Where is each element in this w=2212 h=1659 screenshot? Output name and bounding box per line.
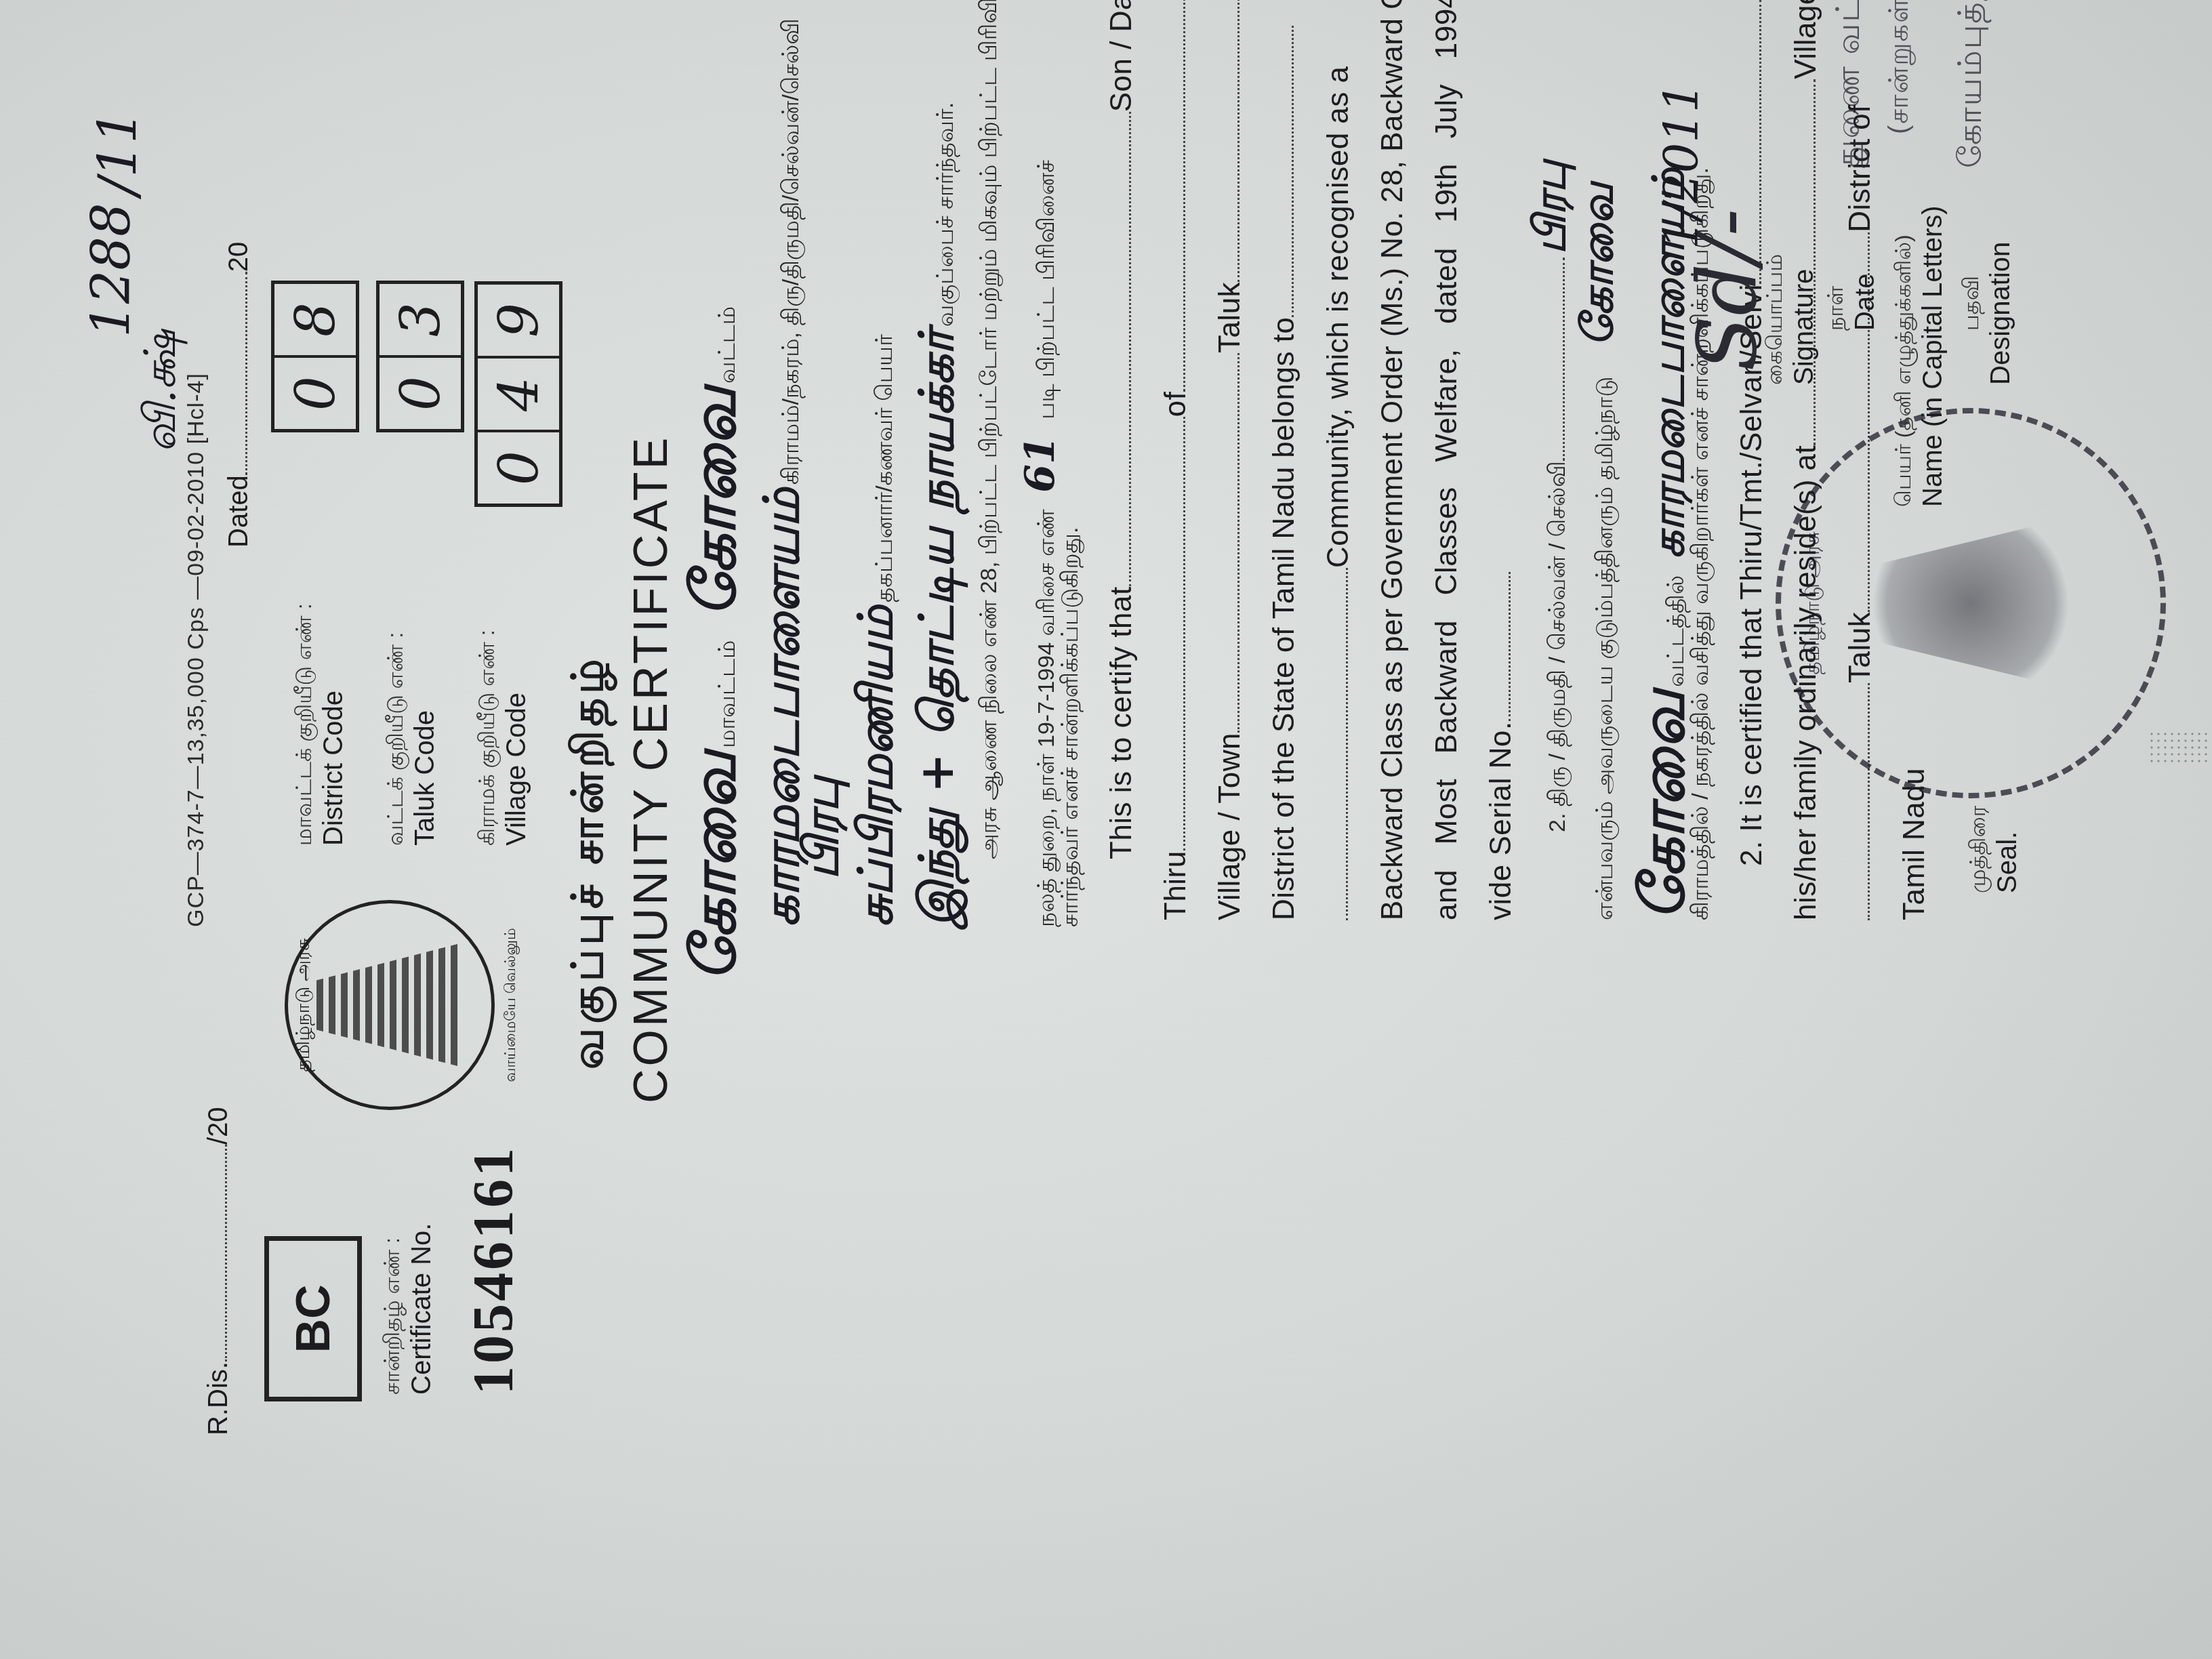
village-code-label: Village Code	[501, 693, 532, 846]
certificate-number: 10546161	[461, 1145, 527, 1395]
signature-date: 1/2011	[1654, 83, 1709, 249]
tamil-line-5: அரசு ஆணை நிலை எண் 28, பிற்பட்ட பிற்பட்டோ…	[976, 0, 1005, 859]
r-dis-field: R.Dis./20	[203, 1107, 234, 1436]
stamp-name-sub: (சான்றுகள்)	[1884, 0, 1918, 134]
certificate-no-label: Certificate No.	[407, 1223, 437, 1395]
tamil-line-7: சார்ந்தவர் எனச் சான்றளிக்கப்படுகிறது.	[1057, 527, 1086, 927]
district-code-label: District Code	[319, 691, 349, 846]
district-line: District of the State of Tamil Nadu belo…	[1267, 26, 1301, 920]
thiru-line: Thiruof	[1159, 0, 1193, 920]
residence-en-line-1: 2. It is certified that Thiru/Tmt./Selva…	[1735, 0, 1769, 866]
village-code-label-ta: கிராமக் குறியீடு எண் :	[474, 630, 502, 846]
category-badge: BC	[264, 1236, 362, 1401]
title-english: COMMUNITY CERTIFICATE	[623, 435, 678, 1103]
seal-label-ta: முத்திரை	[1965, 806, 1993, 893]
handwritten-ref-suffix: /11	[88, 110, 149, 195]
stamp-designation: கோயம்புத்தூர் வடக்கு	[1952, 0, 1993, 168]
state-emblem: தமிழ்நாடு அரசு வாய்மையே வெல்லும்	[285, 900, 495, 1110]
date-label-ta: நாள்	[1823, 286, 1851, 331]
certificate-no-label-ta: சான்றிதழ் எண் :	[380, 1237, 407, 1395]
taluk-code-box: 0 3	[376, 281, 464, 432]
designation-label-ta: பதவி	[1959, 276, 1986, 331]
gopuram-icon	[315, 944, 457, 1066]
taluk-code-label-ta: வட்டக் குறியீடு எண் :	[383, 632, 411, 846]
certify-line: This is to certify thatSon / Daughter of	[1105, 0, 1139, 859]
dated-field: Dated20	[224, 242, 254, 548]
residence-ta-line-2: என்பவரும் அவருடைய குடும்பத்தினரும் தமிழ்…	[1572, 182, 1629, 920]
go-line-2: and Most Backward Classes Welfare, dated…	[1430, 0, 1464, 920]
handwritten-name: பிரபு	[793, 777, 855, 880]
tamil-line-4: இந்து + தொட்டிய நாயக்கர் வகுப்பைச் சார்ந…	[908, 102, 970, 927]
title-tamil: வகுப்புச் சான்றிதழ்	[562, 655, 619, 1069]
signature-label: Signature	[1789, 269, 1820, 385]
seal-label: Seal.	[1992, 832, 2023, 893]
date-label: Date	[1850, 274, 1881, 331]
district-code-label-ta: மாவட்டக் குறியீடு எண் :	[291, 603, 319, 846]
handwritten-ref-number: 1288	[81, 203, 142, 337]
taluk-code-label: Taluk Code	[410, 710, 441, 846]
serial-line: vide Serial No.	[1484, 572, 1518, 920]
stamp-name: துணை வட்டாட்சியர்	[1830, 0, 1871, 168]
certificate-sheet: 1288 /11 வி.க்ஷ் GCP—374-7—13,35,000 Cps…	[0, 0, 2212, 1659]
designation-label: Designation	[1986, 242, 2016, 385]
tamil-line-3: சுப்பிரமணியம் தகப்பனார்/கணவர் பெயர்	[847, 334, 909, 927]
go-line: Backward Class as per Government Order (…	[1376, 0, 1410, 920]
village-code-box: 0 4 9	[474, 281, 562, 507]
name-label: Name (in Capital Letters)	[1918, 205, 1948, 507]
tamil-line-1: கோவை மாவட்டம் கோவை வட்டம்	[678, 306, 758, 981]
official-seal: தமிழ்நாடு அரசு	[1776, 408, 2166, 798]
community-line: Community, which is recognised as a	[1322, 66, 1355, 920]
village-town-line: Village / TownTaluk	[1213, 0, 1247, 920]
print-control-line: GCP—374-7—13,35,000 Cps —09-02-2010 [Hcl…	[183, 373, 209, 927]
punch-mark	[2148, 731, 2209, 764]
district-code-box: 0 8	[271, 281, 359, 432]
name-label-ta: பெயர் (தனி எழுத்துக்களில்)	[1891, 234, 1919, 507]
